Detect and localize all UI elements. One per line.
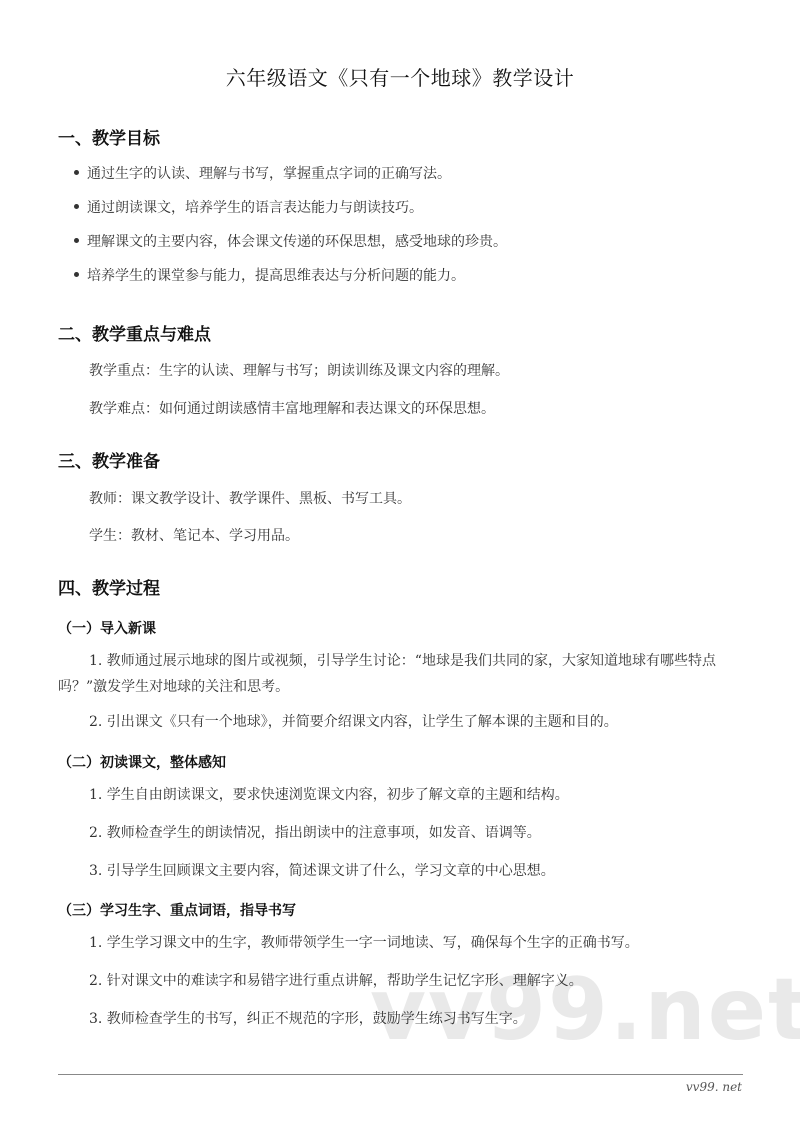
process-step: 2. 教师检查学生的朗读情况，指出朗读中的注意事项，如发音、语调等。 [89, 822, 541, 842]
process-step: 1. 学生学习课文中的生字，教师带领学生一字一词地读、写，确保每个生字的正确书写… [89, 932, 639, 952]
student-preparation: 学生：教材、笔记本、学习用品。 [89, 525, 299, 545]
bullet-icon [74, 238, 79, 243]
footer-divider [58, 1074, 743, 1075]
bullet-text: 通过生字的认读、理解与书写，掌握重点字词的正确写法。 [87, 166, 451, 182]
key-point-paragraph: 教学重点：生字的认读、理解与书写；朗读训练及课文内容的理解。 [89, 360, 509, 380]
process-step: 2. 引出课文《只有一个地球》，并简要介绍课文内容，让学生了解本课的主题和目的。 [89, 711, 618, 731]
process-step: 1. 学生自由朗读课文，要求快速浏览课文内容，初步了解文章的主题和结构。 [89, 784, 569, 804]
subsection-heading-characters: （三）学习生字、重点词语，指导书写 [58, 900, 296, 920]
process-step: 2. 针对课文中的难读字和易错字进行重点讲解，帮助学生记忆字形、理解字义。 [89, 970, 583, 990]
subsection-heading-first-reading: （二）初读课文，整体感知 [58, 752, 226, 772]
bullet-text: 理解课文的主要内容，体会课文传递的环保思想，感受地球的珍贵。 [87, 234, 507, 250]
footer-site-label: vv99. net [686, 1080, 742, 1094]
process-step: 1. 教师通过展示地球的图片或视频，引导学生讨论：“地球是我们共同的家，大家知道… [58, 648, 748, 700]
document-page: vv99.net 六年级语文《只有一个地球》教学设计 一、教学目标 通过生字的认… [0, 0, 800, 1130]
document-title: 六年级语文《只有一个地球》教学设计 [0, 62, 800, 91]
section-heading-key-points: 二、教学重点与难点 [58, 320, 211, 345]
bullet-icon [74, 204, 79, 209]
objective-bullet: 培养学生的课堂参与能力，提高思维表达与分析问题的能力。 [74, 265, 465, 285]
section-heading-process: 四、教学过程 [58, 574, 160, 599]
objective-bullet: 通过生字的认读、理解与书写，掌握重点字词的正确写法。 [74, 163, 451, 183]
bullet-icon [74, 272, 79, 277]
objective-bullet: 通过朗读课文，培养学生的语言表达能力与朗读技巧。 [74, 197, 423, 217]
teacher-preparation: 教师：课文教学设计、教学课件、黑板、书写工具。 [89, 488, 411, 508]
objective-bullet: 理解课文的主要内容，体会课文传递的环保思想，感受地球的珍贵。 [74, 231, 507, 251]
process-step: 3. 教师检查学生的书写，纠正不规范的字形，鼓励学生练习书写生字。 [89, 1008, 527, 1028]
process-step: 3. 引导学生回顾课文主要内容，简述课文讲了什么，学习文章的中心思想。 [89, 860, 555, 880]
bullet-text: 通过朗读课文，培养学生的语言表达能力与朗读技巧。 [87, 200, 423, 216]
section-heading-objectives: 一、教学目标 [58, 124, 160, 149]
difficulty-paragraph: 教学难点：如何通过朗读感情丰富地理解和表达课文的环保思想。 [89, 398, 495, 418]
section-heading-preparation: 三、教学准备 [58, 447, 160, 472]
bullet-text: 培养学生的课堂参与能力，提高思维表达与分析问题的能力。 [87, 268, 465, 284]
subsection-heading-intro: （一）导入新课 [58, 618, 156, 638]
bullet-icon [74, 170, 79, 175]
